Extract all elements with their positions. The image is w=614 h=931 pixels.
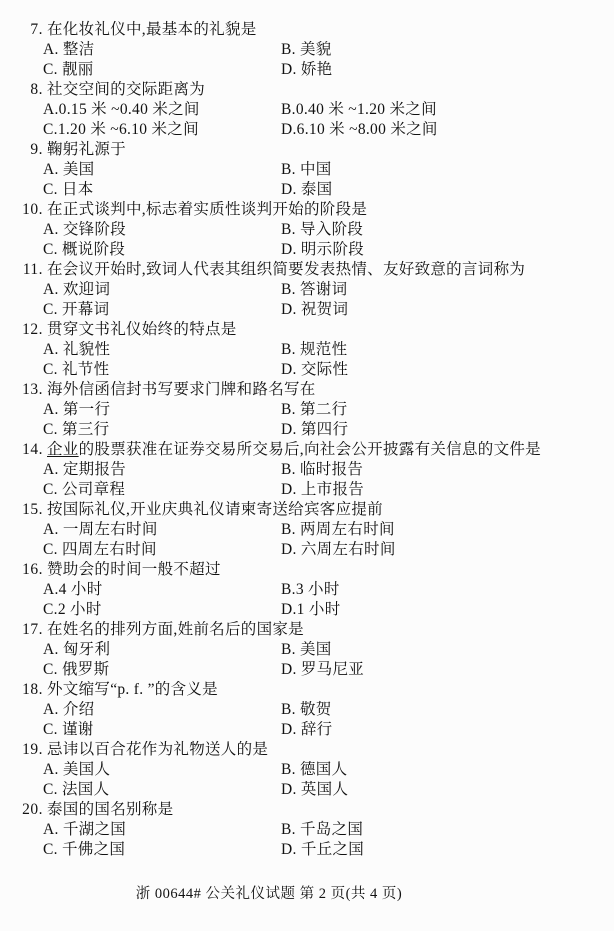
option-row: C. 法国人 D. 英国人: [0, 780, 614, 800]
question-number: 14.: [0, 440, 43, 460]
stem-text: 鞠躬礼源于: [47, 141, 126, 158]
option-b: B. 中国: [281, 160, 614, 180]
stem-text: 贯穿文书礼仪始终的特点是: [47, 321, 237, 338]
question-stem-line: 7. 在化妆礼仪中,最基本的礼貌是: [0, 20, 614, 40]
question-stem-line: 19. 忌讳以百合花作为礼物送人的是: [0, 740, 614, 760]
question-19: 19. 忌讳以百合花作为礼物送人的是 A. 美国人 B. 德国人 C. 法国人 …: [0, 740, 614, 800]
stem-text: 按国际礼仪,开业庆典礼仪请柬寄送给宾客应提前: [47, 501, 383, 518]
option-a: A.4 小时: [43, 580, 281, 600]
option-row: A. 第一行 B. 第二行: [0, 400, 614, 420]
question-number: 10.: [0, 200, 43, 220]
option-d: D. 娇艳: [281, 60, 614, 80]
question-stem: 海外信函信封书写要求门牌和路名写在: [47, 380, 316, 400]
option-b: B. 德国人: [281, 760, 614, 780]
option-b: B. 临时报告: [281, 460, 614, 480]
option-b: B. 两周左右时间: [281, 520, 614, 540]
option-c: C. 公司章程: [43, 480, 281, 500]
question-stem-line: 12. 贯穿文书礼仪始终的特点是: [0, 320, 614, 340]
option-row: A.4 小时 B.3 小时: [0, 580, 614, 600]
option-c: C. 第三行: [43, 420, 281, 440]
option-row: C. 第三行 D. 第四行: [0, 420, 614, 440]
question-number: 15.: [0, 500, 43, 520]
option-row: C.1.20 米 ~6.10 米之间 D.6.10 米 ~8.00 米之间: [0, 120, 614, 140]
option-row: A. 介绍 B. 敬贺: [0, 700, 614, 720]
option-a: A. 交锋阶段: [43, 220, 281, 240]
question-number: 18.: [0, 680, 43, 700]
question-8: 8. 社交空间的交际距离为 A.0.15 米 ~0.40 米之间 B.0.40 …: [0, 80, 614, 140]
option-a: A. 欢迎词: [43, 280, 281, 300]
option-d: D. 明示阶段: [281, 240, 614, 260]
stem-text: 赞助会的时间一般不超过: [47, 561, 221, 578]
option-b: B.3 小时: [281, 580, 614, 600]
option-row: A. 一周左右时间 B. 两周左右时间: [0, 520, 614, 540]
question-11: 11. 在会议开始时,致词人代表其组织简要发表热情、友好致意的言词称为 A. 欢…: [0, 260, 614, 320]
exam-page: 7. 在化妆礼仪中,最基本的礼貌是 A. 整洁 B. 美貌 C. 靓丽 D. 娇…: [0, 0, 614, 931]
question-stem: 社交空间的交际距离为: [47, 80, 205, 100]
option-c: C. 千佛之国: [43, 840, 281, 860]
question-stem: 泰国的国名别称是: [47, 800, 173, 820]
option-row: A. 千湖之国 B. 千岛之国: [0, 820, 614, 840]
stem-text: 的股票获准在证券交易所交易后,向社会公开披露有关信息的文件是: [79, 441, 541, 458]
stem-text: 在会议开始时,致词人代表其组织简要发表热情、友好致意的言词称为: [47, 261, 525, 278]
question-stem-line: 16. 赞助会的时间一般不超过: [0, 560, 614, 580]
question-stem-line: 13. 海外信函信封书写要求门牌和路名写在: [0, 380, 614, 400]
stem-text: 社交空间的交际距离为: [47, 81, 205, 98]
question-stem: 在姓名的排列方面,姓前名后的国家是: [47, 620, 304, 640]
option-c: C. 俄罗斯: [43, 660, 281, 680]
question-stem-line: 11. 在会议开始时,致词人代表其组织简要发表热情、友好致意的言词称为: [0, 260, 614, 280]
question-stem: 鞠躬礼源于: [47, 140, 126, 160]
option-b: B.0.40 米 ~1.20 米之间: [281, 100, 614, 120]
question-stem: 贯穿文书礼仪始终的特点是: [47, 320, 237, 340]
question-stem-line: 18. 外文缩写“p. f. ”的含义是: [0, 680, 614, 700]
option-a: A. 千湖之国: [43, 820, 281, 840]
option-c: C. 四周左右时间: [43, 540, 281, 560]
question-stem: 赞助会的时间一般不超过: [47, 560, 221, 580]
option-row: A. 美国人 B. 德国人: [0, 760, 614, 780]
option-a: A. 一周左右时间: [43, 520, 281, 540]
option-row: C. 千佛之国 D. 千丘之国: [0, 840, 614, 860]
option-c: C. 概说阶段: [43, 240, 281, 260]
question-15: 15. 按国际礼仪,开业庆典礼仪请柬寄送给宾客应提前 A. 一周左右时间 B. …: [0, 500, 614, 560]
question-stem-line: 9. 鞠躬礼源于: [0, 140, 614, 160]
option-b: B. 答谢词: [281, 280, 614, 300]
option-c: C. 礼节性: [43, 360, 281, 380]
question-stem-line: 8. 社交空间的交际距离为: [0, 80, 614, 100]
option-row: C. 日本 D. 泰国: [0, 180, 614, 200]
option-b: B. 第二行: [281, 400, 614, 420]
question-number: 9.: [0, 140, 43, 160]
option-row: C. 俄罗斯 D. 罗马尼亚: [0, 660, 614, 680]
option-c: C.2 小时: [43, 600, 281, 620]
option-d: D. 上市报告: [281, 480, 614, 500]
option-d: D. 英国人: [281, 780, 614, 800]
option-a: A. 介绍: [43, 700, 281, 720]
option-a: A. 整洁: [43, 40, 281, 60]
question-9: 9. 鞠躬礼源于 A. 美国 B. 中国 C. 日本 D. 泰国: [0, 140, 614, 200]
option-d: D. 第四行: [281, 420, 614, 440]
option-c: C. 靓丽: [43, 60, 281, 80]
option-d: D. 交际性: [281, 360, 614, 380]
question-14: 14. 企业的股票获准在证券交易所交易后,向社会公开披露有关信息的文件是 A. …: [0, 440, 614, 500]
question-stem: 按国际礼仪,开业庆典礼仪请柬寄送给宾客应提前: [47, 500, 383, 520]
option-row: C. 四周左右时间 D. 六周左右时间: [0, 540, 614, 560]
question-stem: 企业的股票获准在证券交易所交易后,向社会公开披露有关信息的文件是: [47, 440, 541, 460]
option-row: A. 交锋阶段 B. 导入阶段: [0, 220, 614, 240]
question-number: 8.: [0, 80, 43, 100]
question-number: 19.: [0, 740, 43, 760]
option-a: A. 美国人: [43, 760, 281, 780]
option-c: C. 日本: [43, 180, 281, 200]
option-b: B. 美国: [281, 640, 614, 660]
option-row: A. 礼貌性 B. 规范性: [0, 340, 614, 360]
question-stem-line: 20. 泰国的国名别称是: [0, 800, 614, 820]
option-row: A. 匈牙利 B. 美国: [0, 640, 614, 660]
option-a: A. 礼貌性: [43, 340, 281, 360]
question-stem: 在会议开始时,致词人代表其组织简要发表热情、友好致意的言词称为: [47, 260, 525, 280]
option-c: C.1.20 米 ~6.10 米之间: [43, 120, 281, 140]
stem-text: 忌讳以百合花作为礼物送人的是: [47, 741, 268, 758]
option-row: C. 公司章程 D. 上市报告: [0, 480, 614, 500]
option-row: C. 开幕词 D. 祝贺词: [0, 300, 614, 320]
question-18: 18. 外文缩写“p. f. ”的含义是 A. 介绍 B. 敬贺 C. 谨谢 D…: [0, 680, 614, 740]
option-d: D. 千丘之国: [281, 840, 614, 860]
option-d: D. 泰国: [281, 180, 614, 200]
option-b: B. 美貌: [281, 40, 614, 60]
option-row: A. 整洁 B. 美貌: [0, 40, 614, 60]
option-row: C.2 小时 D.1 小时: [0, 600, 614, 620]
stem-text: 外文缩写“p. f. ”的含义是: [47, 681, 218, 698]
option-a: A. 美国: [43, 160, 281, 180]
question-number: 17.: [0, 620, 43, 640]
question-number: 20.: [0, 800, 43, 820]
option-a: A. 定期报告: [43, 460, 281, 480]
question-12: 12. 贯穿文书礼仪始终的特点是 A. 礼貌性 B. 规范性 C. 礼节性 D.…: [0, 320, 614, 380]
question-list: 7. 在化妆礼仪中,最基本的礼貌是 A. 整洁 B. 美貌 C. 靓丽 D. 娇…: [0, 0, 614, 860]
question-stem: 在正式谈判中,标志着实质性谈判开始的阶段是: [47, 200, 367, 220]
option-d: D.6.10 米 ~8.00 米之间: [281, 120, 614, 140]
option-a: A.0.15 米 ~0.40 米之间: [43, 100, 281, 120]
option-b: B. 敬贺: [281, 700, 614, 720]
option-row: C. 礼节性 D. 交际性: [0, 360, 614, 380]
option-b: B. 千岛之国: [281, 820, 614, 840]
option-c: C. 谨谢: [43, 720, 281, 740]
option-row: A. 欢迎词 B. 答谢词: [0, 280, 614, 300]
question-20: 20. 泰国的国名别称是 A. 千湖之国 B. 千岛之国 C. 千佛之国 D. …: [0, 800, 614, 860]
question-10: 10. 在正式谈判中,标志着实质性谈判开始的阶段是 A. 交锋阶段 B. 导入阶…: [0, 200, 614, 260]
option-d: D.1 小时: [281, 600, 614, 620]
question-13: 13. 海外信函信封书写要求门牌和路名写在 A. 第一行 B. 第二行 C. 第…: [0, 380, 614, 440]
option-d: D. 罗马尼亚: [281, 660, 614, 680]
option-row: C. 谨谢 D. 辞行: [0, 720, 614, 740]
question-number: 7.: [0, 20, 43, 40]
question-stem: 忌讳以百合花作为礼物送人的是: [47, 740, 268, 760]
question-number: 12.: [0, 320, 43, 340]
option-d: D. 六周左右时间: [281, 540, 614, 560]
option-c: C. 法国人: [43, 780, 281, 800]
option-row: C. 靓丽 D. 娇艳: [0, 60, 614, 80]
option-b: B. 导入阶段: [281, 220, 614, 240]
option-d: D. 辞行: [281, 720, 614, 740]
question-stem-line: 15. 按国际礼仪,开业庆典礼仪请柬寄送给宾客应提前: [0, 500, 614, 520]
question-16: 16. 赞助会的时间一般不超过 A.4 小时 B.3 小时 C.2 小时 D.1…: [0, 560, 614, 620]
option-d: D. 祝贺词: [281, 300, 614, 320]
stem-text: 在姓名的排列方面,姓前名后的国家是: [47, 621, 304, 638]
question-stem-line: 17. 在姓名的排列方面,姓前名后的国家是: [0, 620, 614, 640]
option-c: C. 开幕词: [43, 300, 281, 320]
stem-text: 海外信函信封书写要求门牌和路名写在: [47, 381, 316, 398]
question-stem-line: 14. 企业的股票获准在证券交易所交易后,向社会公开披露有关信息的文件是: [0, 440, 614, 460]
option-a: A. 匈牙利: [43, 640, 281, 660]
option-row: A. 美国 B. 中国: [0, 160, 614, 180]
stem-text: 在正式谈判中,标志着实质性谈判开始的阶段是: [47, 201, 367, 218]
option-row: A.0.15 米 ~0.40 米之间 B.0.40 米 ~1.20 米之间: [0, 100, 614, 120]
option-b: B. 规范性: [281, 340, 614, 360]
question-stem: 在化妆礼仪中,最基本的礼貌是: [47, 20, 257, 40]
stem-text: 在化妆礼仪中,最基本的礼貌是: [47, 21, 257, 38]
option-a: A. 第一行: [43, 400, 281, 420]
question-number: 13.: [0, 380, 43, 400]
question-17: 17. 在姓名的排列方面,姓前名后的国家是 A. 匈牙利 B. 美国 C. 俄罗…: [0, 620, 614, 680]
question-number: 16.: [0, 560, 43, 580]
option-row: A. 定期报告 B. 临时报告: [0, 460, 614, 480]
stem-underlined-part: 企业: [47, 441, 79, 458]
stem-text: 泰国的国名别称是: [47, 801, 173, 818]
question-7: 7. 在化妆礼仪中,最基本的礼貌是 A. 整洁 B. 美貌 C. 靓丽 D. 娇…: [0, 20, 614, 80]
question-stem: 外文缩写“p. f. ”的含义是: [47, 680, 218, 700]
page-footer: 浙 00644# 公关礼仪试题 第 2 页(共 4 页): [0, 884, 614, 904]
question-stem-line: 10. 在正式谈判中,标志着实质性谈判开始的阶段是: [0, 200, 614, 220]
question-number: 11.: [0, 260, 43, 280]
option-row: C. 概说阶段 D. 明示阶段: [0, 240, 614, 260]
